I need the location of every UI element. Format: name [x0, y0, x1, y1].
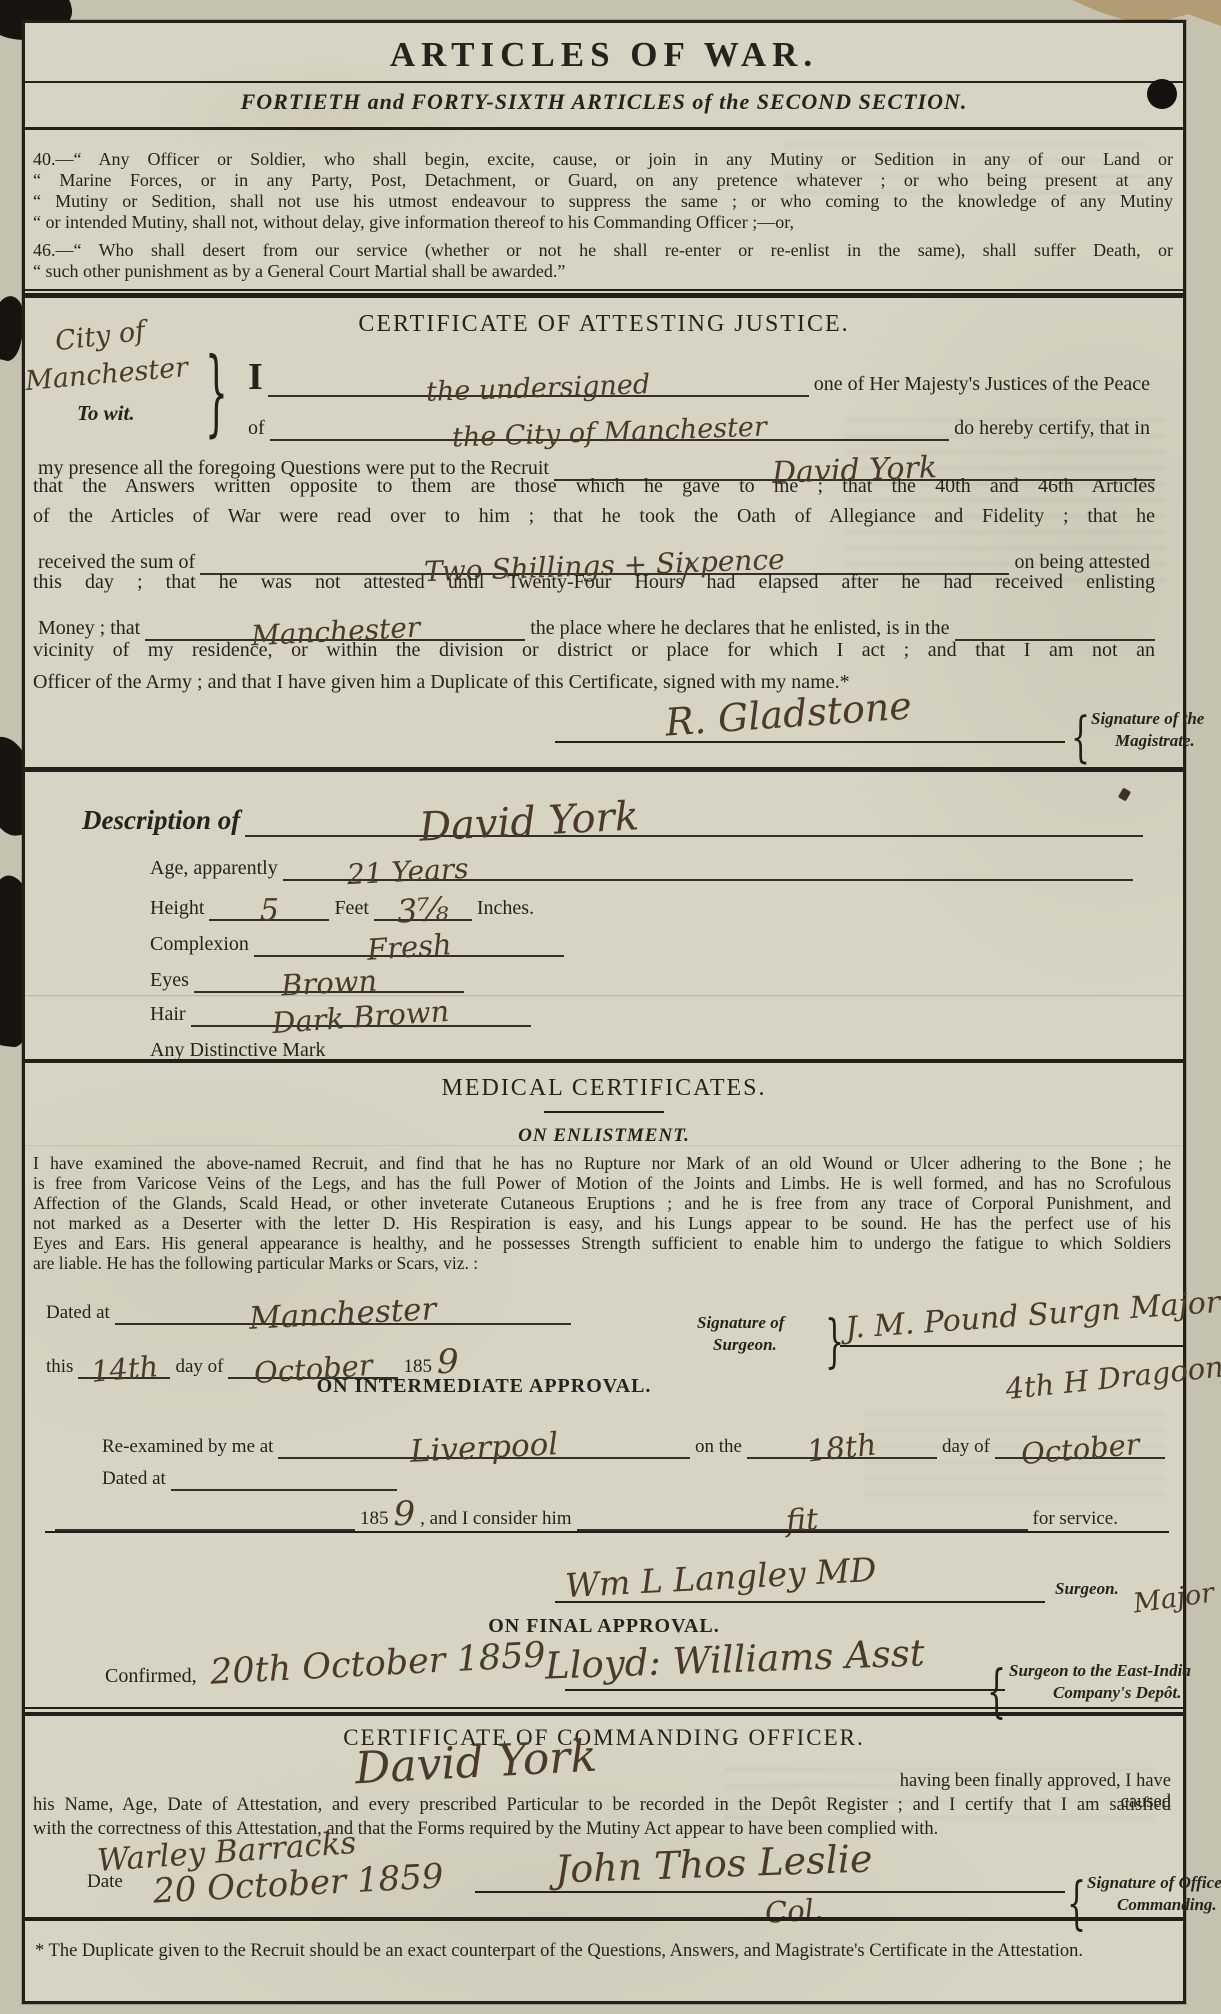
- description-title-row: Description of David York: [77, 791, 1143, 837]
- section-rule-medical: [25, 1059, 1183, 1063]
- attesting-line-8-post: the place where he declares that he enli…: [525, 617, 954, 641]
- hair-label: Hair: [145, 1003, 191, 1027]
- age-row: Age, apparently 21 Years: [145, 845, 1133, 881]
- intermediate-approval-heading: ON INTERMEDIATE APPROVAL.: [25, 1375, 943, 1398]
- margin-place-line-2: Manchester: [24, 354, 189, 395]
- consider-mid-text: , and I consider him: [415, 1508, 576, 1531]
- medical-para-line-2: is free from Varicose Veins of the Legs,…: [33, 1173, 1171, 1193]
- hair-blank: Dark Brown: [191, 1003, 531, 1027]
- height-feet-blank: 5: [209, 896, 329, 921]
- commanding-caption-brace: {: [1067, 1871, 1086, 1938]
- description-name-value: David York: [418, 796, 640, 847]
- reexamined-label: Re-examined by me at: [97, 1436, 278, 1459]
- magistrate-caption-brace: {: [1071, 707, 1090, 770]
- reexamined-place-blank: Liverpool: [278, 1433, 690, 1459]
- surgeon-regiment: 4th H Dragoons: [1004, 1351, 1221, 1404]
- attesting-line-10: Officer of the Army ; and that I have gi…: [33, 671, 1155, 694]
- dated-at-value: Manchester: [249, 1294, 438, 1335]
- consider-year-hand: 9: [394, 1497, 416, 1531]
- reexamined-place-value: Liverpool: [409, 1429, 559, 1468]
- margin-brace: }: [205, 341, 228, 448]
- article-46-line-2: “ such other punishment as by a General …: [33, 261, 1173, 282]
- confirmed-label: Confirmed,: [105, 1665, 197, 1688]
- hole-punch: [1147, 79, 1177, 109]
- inches-label: Inches.: [472, 897, 539, 921]
- attesting-line-1: I the undersigned one of Her Majesty's J…: [243, 355, 1155, 397]
- complexion-blank: Fresh: [254, 933, 564, 957]
- dated-at-2-label: Dated at: [97, 1468, 171, 1491]
- of-label: of: [243, 417, 270, 441]
- height-row: Height 5 Feet 3⅞ Inches.: [145, 881, 539, 921]
- undersigned-value: the undersigned: [426, 371, 651, 406]
- dated-at-2-row: Dated at: [97, 1457, 397, 1491]
- enlist-place-blank: Manchester: [145, 618, 525, 641]
- on-the-label: on the: [690, 1436, 747, 1459]
- attesting-line-9: vicinity of my residence, or within the …: [33, 639, 1155, 662]
- pronoun-i: I: [243, 358, 268, 397]
- to-wit-label: To wit.: [77, 401, 135, 426]
- complexion-label: Complexion: [145, 933, 254, 957]
- height-label: Height: [145, 897, 209, 921]
- final-caption-2: Company's Depôt.: [1053, 1683, 1181, 1703]
- for-service-label: for service.: [1028, 1508, 1123, 1531]
- feet-label: Feet: [329, 897, 373, 921]
- show-through-3: [865, 1413, 1165, 1503]
- surgeon2-signature: Wm L Langley MD: [564, 1553, 877, 1602]
- surgeon2-label: Surgeon.: [1055, 1579, 1119, 1599]
- age-blank: 21 Years: [283, 858, 1133, 881]
- signature-of-label: Signature of: [697, 1313, 784, 1333]
- article-46-line-1: 46.—“ Who shall desert from our service …: [33, 240, 1173, 261]
- height-inches-blank: 3⅞: [374, 894, 472, 921]
- attestation-form-page: ARTICLES OF WAR. FORTIETH and FORTY-SIXT…: [22, 20, 1186, 2004]
- section-rule-footnote: [25, 1917, 1183, 1921]
- description-name-blank: David York: [245, 802, 1143, 837]
- surgeon2-rank: Major: [1132, 1579, 1216, 1617]
- dated-this-row: this 14th day of October 185 9: [41, 1339, 541, 1379]
- eyes-row: Eyes Brown: [145, 955, 464, 993]
- dated-at-2-blank: [171, 1481, 397, 1491]
- magistrate-signature-line: [555, 741, 1065, 743]
- medical-para-line-4: not marked as a Deserter with the letter…: [33, 1213, 1171, 1233]
- commanding-caption-1: Signature of Officer: [1087, 1873, 1221, 1893]
- magistrate-caption-2: Magistrate.: [1115, 731, 1195, 751]
- age-label: Age, apparently: [145, 857, 283, 881]
- commanding-caption-2: Commanding.: [1117, 1895, 1217, 1915]
- surgeon-signature: J. M. Pound Surgn Major: [844, 1288, 1221, 1344]
- surgeon-signature-line: [840, 1345, 1183, 1347]
- date-label: Date: [87, 1871, 123, 1893]
- complexion-row: Complexion Fresh: [145, 919, 564, 957]
- surgeon-label: Surgeon.: [713, 1335, 777, 1355]
- final-caption-1: Surgeon to the East-India: [1009, 1661, 1191, 1681]
- consider-year-printed: 185: [355, 1508, 394, 1531]
- commanding-rank: Col.: [764, 1895, 824, 1928]
- section-rule-attesting: [25, 293, 1183, 298]
- commanding-officer-heading: CERTIFICATE OF COMMANDING OFFICER.: [25, 1725, 1183, 1751]
- document-title: ARTICLES OF WAR.: [25, 35, 1183, 75]
- document-subtitle: FORTIETH and FORTY-SIXTH ARTICLES of the…: [25, 89, 1183, 115]
- fit-blank: fit: [577, 1506, 1028, 1531]
- magistrate-caption-1: Signature of the: [1091, 709, 1204, 729]
- final-approval-heading: ON FINAL APPROVAL.: [25, 1615, 1183, 1638]
- final-approval-signature: Lloyd: Williams Asst: [544, 1634, 925, 1684]
- section-rule-commanding: [25, 1712, 1183, 1716]
- attesting-line-8-pre: Money ; that: [33, 617, 145, 641]
- attesting-line-1-text: one of Her Majesty's Justices of the Pea…: [809, 373, 1155, 397]
- medical-para-line-1: I have examined the above-named Recruit,…: [33, 1153, 1171, 1173]
- intermediate-divider-line: [45, 1531, 1169, 1533]
- commanding-signature: John Thos Leslie: [554, 1839, 873, 1888]
- magistrate-signature: R. Gladstone: [664, 686, 913, 741]
- scanned-attestation-document: { "colors": { "paper": "#d7d4c3", "ink":…: [0, 0, 1221, 2014]
- section-rule-description: [25, 767, 1183, 772]
- section-rule-commanding-thin: [25, 1707, 1183, 1709]
- article-40-line-4: “ or intended Mutiny, shall not, without…: [33, 212, 1173, 233]
- show-through-4: [725, 1768, 1155, 1828]
- description-label: Description of: [77, 805, 245, 837]
- show-through-1: [785, 143, 1145, 203]
- commanding-signature-line: [475, 1891, 1065, 1893]
- medical-para-line-6: are liable. He has the following particu…: [33, 1253, 1171, 1273]
- header-rule-2: [25, 127, 1183, 130]
- consider-lead-blank: [55, 1521, 355, 1531]
- fold-crease-1: [25, 995, 1183, 998]
- show-through-2: [845, 419, 1165, 589]
- on-enlistment-heading: ON ENLISTMENT.: [25, 1125, 1183, 1147]
- surgeon-caption-brace: }: [825, 1309, 844, 1376]
- medical-heading-rule: [544, 1111, 664, 1113]
- attesting-justice-heading: CERTIFICATE OF ATTESTING JUSTICE.: [25, 311, 1183, 338]
- year-hand: 9: [437, 1345, 459, 1379]
- final-signature-line: [565, 1689, 1005, 1691]
- distinctive-mark-row: Any Distinctive Mark: [145, 1027, 1143, 1063]
- medical-para-line-5: Eyes and Ears. His general appearance is…: [33, 1233, 1171, 1253]
- confirmed-date: 20th October 1859: [209, 1638, 546, 1691]
- dated-at-blank: Manchester: [115, 1299, 571, 1325]
- fold-crease-2: [25, 1145, 1183, 1148]
- medical-certificates-heading: MEDICAL CERTIFICATES.: [25, 1075, 1183, 1102]
- attesting-line-8: Money ; that Manchester the place where …: [33, 601, 1155, 641]
- dated-at-label: Dated at: [41, 1302, 115, 1325]
- footnote-text: * The Duplicate given to the Recruit sho…: [35, 1939, 1169, 1963]
- undersigned-blank: the undersigned: [268, 375, 809, 397]
- dated-at-row: Dated at Manchester: [41, 1285, 571, 1325]
- section-rule-attesting-thin: [25, 289, 1183, 291]
- surgeon2-signature-line: [555, 1601, 1045, 1603]
- commanding-recruit-name: David York: [354, 1735, 598, 1792]
- medical-para-line-3: Affection of the Glands, Scald Head, or …: [33, 1193, 1171, 1213]
- header-rule-1: [25, 81, 1183, 83]
